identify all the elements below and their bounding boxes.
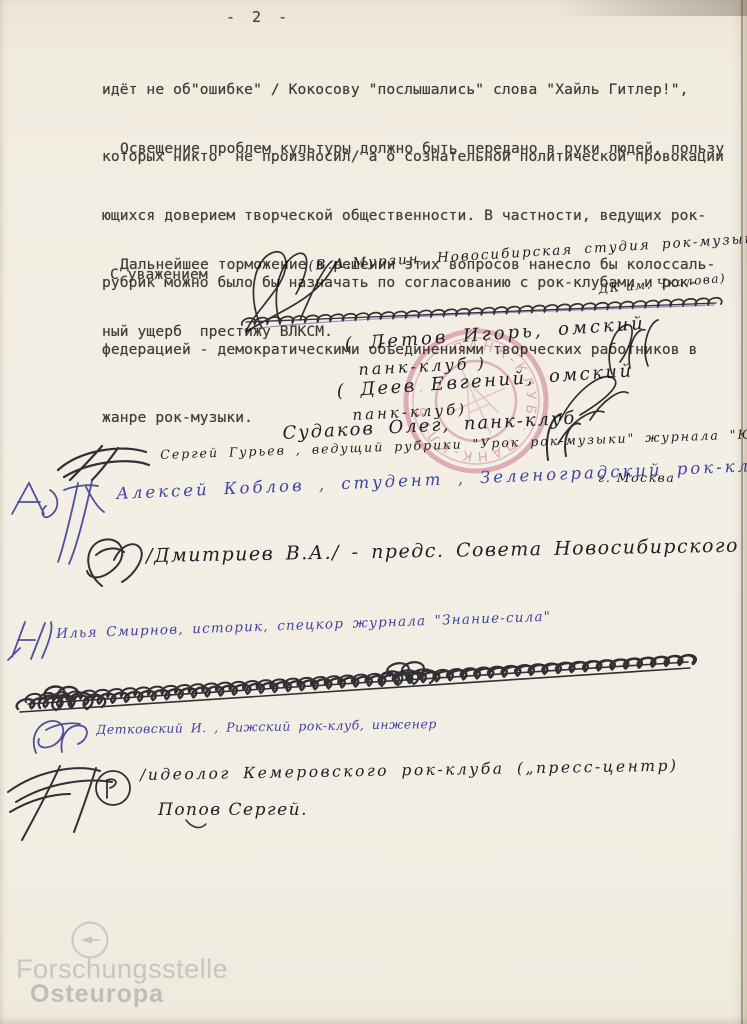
- signature-text-kemerovo: /идеолог Кемеровского рок-клуба („пресс-…: [140, 757, 679, 784]
- popov-flourish-icon: [186, 820, 206, 827]
- kemerovo-circled-letter-icon: [96, 771, 130, 805]
- koblov-signature-icon: [12, 481, 104, 564]
- detkovsky-signature-icon: [34, 721, 87, 753]
- page-number: - 2 -: [226, 8, 291, 26]
- kemerovo-circled-letter-glyph: [107, 779, 116, 798]
- smirnov-initials-icon: [8, 622, 52, 660]
- dmitriev-monogram-icon: [87, 539, 142, 586]
- signature-text-dmitriev: /Дмитриев В.А./ - предс. Совета Новосиби…: [146, 534, 747, 567]
- heavy-scribble-strike: [20, 662, 690, 712]
- signature-text-detkovsky: Детковский И. , Рижский рок-клуб, инжене…: [96, 716, 437, 737]
- paper-fold-shadow: [557, 0, 747, 16]
- scanned-page: - 2 - идёт не об"ошибке" / Кокосову "пос…: [0, 0, 747, 1024]
- signature-text-smirnov: Илья Смирнов, историк, спецкор журнала "…: [56, 609, 551, 642]
- paper-edge: [741, 0, 743, 1024]
- kemerovo-signature-icon: [8, 766, 112, 840]
- watermark-line-2: Osteuropa: [30, 980, 164, 1009]
- closing-salutation: С уважением: [110, 264, 208, 286]
- heavy-scribble-blob-left: [39, 687, 105, 710]
- heavy-scribble-1: [17, 655, 696, 709]
- heavy-scribble-2: [25, 655, 694, 702]
- typed-line: Освещение проблем культуры должно быть п…: [102, 138, 724, 160]
- signature-text-popov: Попов Сергей.: [158, 800, 308, 820]
- heavy-scribble-blob-right: [379, 662, 435, 686]
